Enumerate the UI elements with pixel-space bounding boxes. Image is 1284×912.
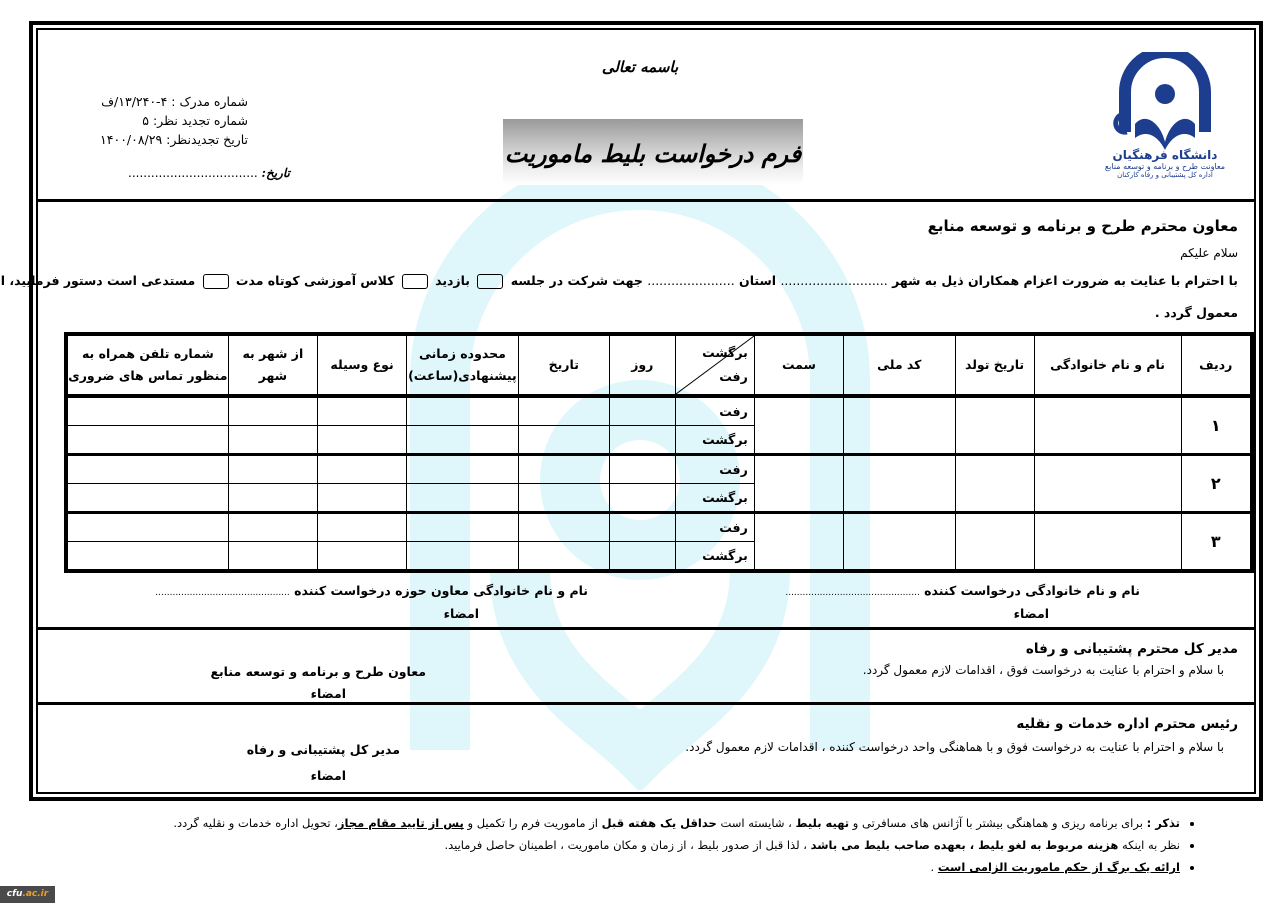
form-title-box: فرم درخواست بلیط ماموریت — [503, 119, 803, 185]
col-row: ردیف — [1181, 334, 1252, 396]
travelers-table: ردیف نام و نام خانوادگی تاریخ تولد کد مل… — [64, 332, 1254, 573]
city-field[interactable]: ........................... — [780, 273, 887, 288]
date-value: .................................. — [128, 166, 258, 180]
planning-deputy-signature: امضاء — [311, 686, 346, 701]
transport-text: با سلام و احترام با عنایت به درخواست فوق… — [685, 740, 1224, 754]
note-1: تذکر : برای برنامه ریزی و هماهنگی بیشتر … — [136, 812, 1180, 834]
transport-addressee: رئیس محترم اداره خدمات و نقلیه — [1016, 716, 1238, 732]
notes-list: تذکر : برای برنامه ریزی و هماهنگی بیشتر … — [136, 812, 1186, 878]
form-title: فرم درخواست بلیط ماموریت — [503, 119, 803, 189]
col-day: روز — [609, 334, 675, 396]
greeting: سلام علیکم — [1180, 246, 1238, 260]
table-row: ۱ رفت — [66, 396, 1252, 426]
col-name: نام و نام خانوادگی — [1034, 334, 1181, 396]
checkbox-meeting[interactable] — [477, 274, 503, 289]
support-director-signer: مدیر کل پشتیبانی و رفاه — [247, 742, 400, 757]
checkbox-short-class[interactable] — [203, 274, 229, 289]
doc-number: شماره مدرک : ۴-۱۳/۲۴۰/ف — [88, 92, 248, 111]
col-from-to: از شهر به شهر — [228, 334, 317, 396]
support-text: با سلام و احترام با عنایت به درخواست فوق… — [863, 663, 1224, 677]
col-vehicle: نوع وسیله — [317, 334, 406, 396]
request-paragraph: با احترام با عنایت به ضرورت اعزام همکارا… — [0, 273, 1238, 289]
col-national-id: کد ملی — [844, 334, 956, 396]
revision-date: تاریخ تجدیدنظر: ۱۴۰۰/۰۸/۲۹ — [88, 130, 248, 149]
col-birth: تاریخ تولد — [955, 334, 1034, 396]
requester-signature: امضاء — [1014, 606, 1049, 621]
table-row: ۲ رفت — [66, 455, 1252, 484]
col-date: تاریخ — [518, 334, 609, 396]
col-direction: برگشت رفت — [675, 334, 754, 396]
col-phone: شماره تلفن همراه به منظور تماس های ضروری — [66, 334, 228, 396]
date-label: تاریخ: — [262, 166, 290, 180]
basmala: باسمه تعالی — [600, 58, 680, 76]
deputy-signature: امضاء — [444, 606, 479, 621]
site-badge: cfu.ac.ir — [0, 886, 55, 903]
note-3: ارائه یک برگ از حکم ماموریت الزامی است . — [136, 856, 1180, 878]
support-director-signature: امضاء — [311, 768, 346, 783]
logo-text: دانشگاه فرهنگیان معاونت طرح و برنامه و ت… — [1100, 148, 1230, 179]
table-row: ۳ رفت — [66, 513, 1252, 542]
requester-name-field[interactable]: نام و نام خانوادگی درخواست کننده .......… — [785, 583, 1140, 598]
revision-number: شماره تجدید نظر: ۵ — [88, 111, 248, 130]
date-field[interactable]: تاریخ: .................................… — [128, 166, 290, 180]
note-2: نظر به اینکه هزینه مربوط به لغو بلیط ، ب… — [136, 834, 1180, 856]
document-meta: شماره مدرک : ۴-۱۳/۲۴۰/ف شماره تجدید نظر:… — [88, 92, 248, 149]
col-position: سمت — [754, 334, 843, 396]
deputy-name-field[interactable]: نام و نام خانوادگی معاون حوزه درخواست کن… — [155, 583, 588, 598]
col-time-range: محدوده زمانی پیشنهادی(ساعت) — [407, 334, 519, 396]
support-addressee: مدیر کل محترم پشتیبانی و رفاه — [1026, 641, 1238, 657]
checkbox-visit[interactable] — [402, 274, 428, 289]
addressee-heading: معاون محترم طرح و برنامه و توسعه منابع — [928, 217, 1238, 235]
request-paragraph-end: معمول گردد . — [1155, 305, 1238, 320]
province-field[interactable]: ...................... — [647, 273, 734, 288]
planning-deputy-signer: معاون طرح و برنامه و توسعه منابع — [210, 664, 426, 679]
